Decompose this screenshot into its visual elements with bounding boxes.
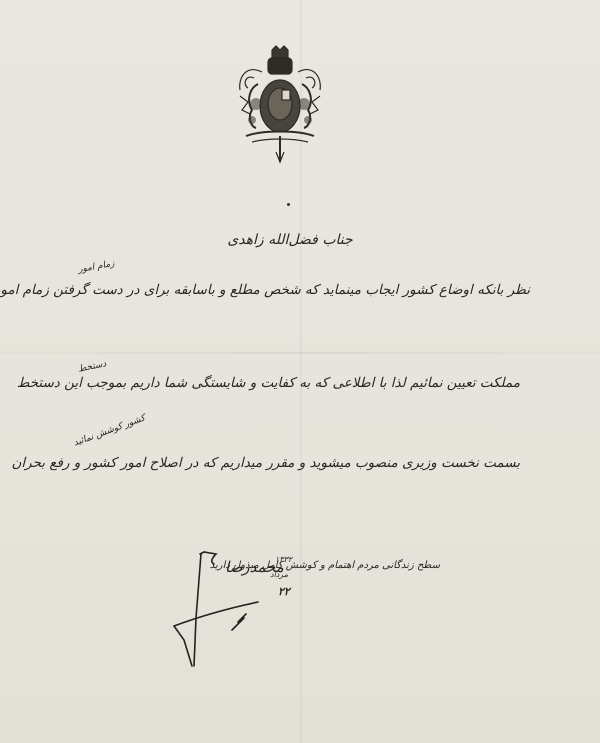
salutation: جناب فضل‌الله زاهدی [200, 232, 380, 248]
margin-note: کشور کوشش نمائید [72, 413, 147, 449]
body-line-1: نظر بانکه اوضاع کشور ایجاب مینماید که شخ… [70, 282, 530, 298]
signature-flourish-icon [170, 548, 260, 668]
ink-mark [287, 203, 290, 206]
body-line-3: بسمت نخست وزیری منصوب میشوید و مقرر میدا… [80, 455, 520, 471]
imperial-coat-of-arms-icon [232, 44, 328, 168]
date-year: ۱۳۳۲ [275, 555, 292, 564]
closing-line: سطح زندگانی مردم اهتمام و کوشش کامل مبذو… [270, 560, 440, 571]
date-month: مرداد [270, 570, 288, 579]
body-line-2: مملکت تعیین نمائیم لذا با اطلاعی که به ک… [80, 375, 520, 391]
date-day: ۲۲ [278, 585, 290, 598]
margin-note: دستخط [77, 359, 107, 375]
document-page: جناب فضل‌الله زاهدی زمام امور نظر بانکه … [0, 0, 600, 743]
margin-note: زمام امور [77, 259, 115, 275]
